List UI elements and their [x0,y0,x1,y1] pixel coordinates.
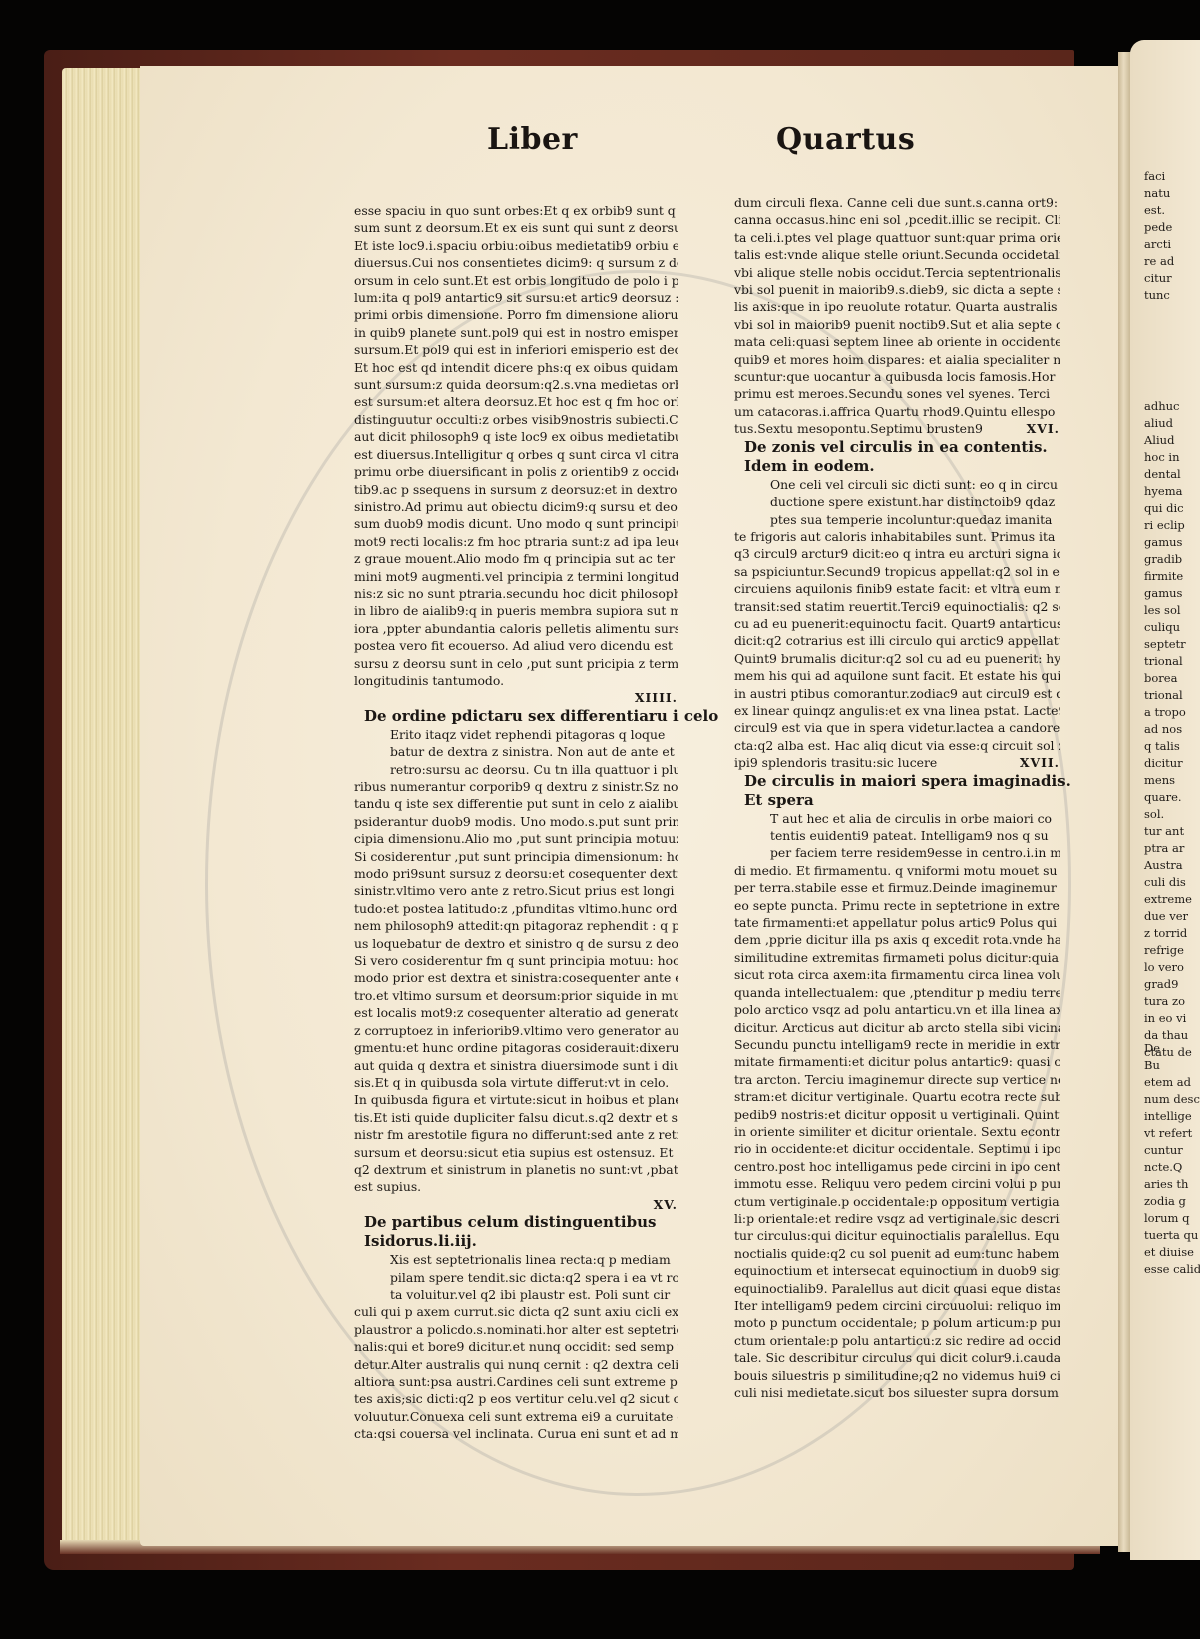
text-line: stram:et dicitur vertiginale. Quartu eco… [734,1088,1060,1105]
right-column: dum circuli flexa. Canne celi due sunt.s… [734,194,1060,1401]
text-fragment: intellige [1144,1108,1200,1125]
text-line: culi nisi medietate.sicut bos siluester … [734,1384,1060,1401]
text-line: nis:z sic no sunt ptraria.secundu hoc di… [354,585,678,602]
text-line: eo septe puncta. Primu recte in septetri… [734,897,1060,914]
text-fragment: mens [1144,772,1192,789]
text-line: similitudine extremitas firmameti polus … [734,949,1060,966]
text-line: tentis euidenti9 pateat. Intelligam9 nos… [770,827,1060,844]
text-line: te frigoris aut caloris inhabitabiles su… [734,528,1060,545]
text-line: pedib9 nostris:et dicitur opposit u vert… [734,1106,1060,1123]
text-fragment: z torrid [1144,925,1192,942]
text-line: sum sunt z deorsum.Et ex eis sunt qui su… [354,219,678,236]
text-line: transit:sed statim reuertit.Terci9 equin… [734,598,1060,615]
text-line: tudo:et postea latitudo:z ,pfunditas vlt… [354,900,678,917]
text-line: quanda intellectualem: que ,ptenditur p … [734,984,1060,1001]
text-fragment: Aliud [1144,432,1192,449]
text-fragment: dental [1144,466,1192,483]
text-line: dicit:q2 cotrarius est illi circulo qui … [734,632,1060,649]
text-line: ex linear quinqz angulis:et ex vna linea… [734,702,1060,719]
text-line: nem philosoph9 attedit:qn pitagoraz reph… [354,917,678,934]
text-line: ctum vertiginale.p occidentale:p opposit… [734,1193,1060,1210]
text-line: retro:sursu ac deorsu. Cu tn illa quattu… [390,761,678,778]
text-line: bouis siluestris p similitudine;q2 no vi… [734,1367,1060,1384]
chapter-subheading: Isidorus.li.iij. [364,1232,678,1251]
text-line: est supius. [354,1178,678,1195]
text-line: Et iste loc9.i.spaciu orbiu:oibus mediet… [354,237,678,254]
facing-page-top-fragments: facinatuest.pedearctire adciturtunc [1144,168,1174,304]
text-fragment: ri eclip [1144,517,1192,534]
text-fragment: citur [1144,270,1174,287]
text-line: plaustror a policdo.s.nominati.hor alter… [354,1321,678,1338]
text-line: rio in occidente:et dicitur occidentale.… [734,1140,1060,1157]
text-line: longitudinis tantumodo. [354,672,678,689]
text-fragment: q talis [1144,738,1192,755]
text-line: noctialis quide:q2 cu sol puenit ad eum:… [734,1245,1060,1262]
text-fragment: lorum q [1144,1210,1200,1227]
text-fragment: est. [1144,202,1174,219]
text-line: talis est:vnde alique stelle oriunt.Secu… [734,246,1060,263]
text-fragment: trional [1144,687,1192,704]
text-line: tra arcton. Terciu imaginemur directe su… [734,1071,1060,1088]
text-fragment: zodia g [1144,1193,1200,1210]
text-line: immotu esse. Reliquu vero pedem circini … [734,1175,1060,1192]
text-line: ta celi.i.ptes vel plage quattuor sunt:q… [734,229,1060,246]
text-fragment: Austra [1144,857,1192,874]
text-line: vbi alique stelle nobis occidut.Tercia s… [734,264,1060,281]
chapter-heading: De ordine pdictaru sex differentiaru i c… [364,707,678,726]
paragraph: esse spaciu in quo sunt orbes:Et q ex or… [354,202,678,689]
text-fragment: arcti [1144,236,1174,253]
text-fragment: Bu [1144,1057,1200,1074]
text-fragment: extreme [1144,891,1192,908]
text-fragment: due ver [1144,908,1192,925]
text-line: sicut rota circa axem:ita firmamentu cir… [734,966,1060,983]
text-line: canna occasus.hinc eni sol ,pcedit.illic… [734,211,1060,228]
text-fragment: tunc [1144,287,1174,304]
text-line: sinistro.Ad primu aut obiectu dicim9:q s… [354,498,678,515]
text-fragment: tura zo [1144,993,1192,1010]
text-line: tale. Sic describitur circulus qui dicit… [734,1349,1060,1366]
text-line: lum:ita q pol9 antartic9 sit sursu:et ar… [354,289,678,306]
chapter-heading: De zonis vel circulis in ea contentis. [744,438,1060,457]
text-fragment: quare. [1144,789,1192,806]
text-line: li:p orientale:et redire vsqz ad vertigi… [734,1210,1060,1227]
text-line: lis axis:que in ipo reuolute rotatur. Qu… [734,298,1060,315]
text-line: mitate firmamenti:et dicitur polus antar… [734,1053,1060,1070]
text-line: culi qui p axem currut.sic dicta q2 sunt… [354,1303,678,1320]
text-line: Quint9 brumalis dicitur:q2 sol cu ad eu … [734,650,1060,667]
text-line: sursu z deorsu sunt in celo ,put sunt pr… [354,655,678,672]
text-line: in oriente similiter et dicitur oriental… [734,1123,1060,1140]
text-fragment: grad9 [1144,976,1192,993]
text-line: tur circulus:qui dicitur equinoctialis p… [734,1227,1060,1244]
text-line: vbi sol puenit in maiorib9.s.dieb9, sic … [734,281,1060,298]
text-fragment: De [1144,1040,1200,1057]
text-line: altiora sunt:psa austri.Cardines celi su… [354,1373,678,1390]
text-line: dicitur. Arcticus aut dicitur ab arcto s… [734,1019,1060,1036]
chapter-subheading: Idem in eodem. [744,457,1060,476]
text-line: primu orbe diuersificant in polis z orie… [354,463,678,480]
text-fragment: vt refert [1144,1125,1200,1142]
text-line: mot9 recti localis:z fm hoc ptraria sunt… [354,533,678,550]
text-line: polo arctico vsqz ad polu antarticu.vn e… [734,1001,1060,1018]
chapter-number: XVII. [1020,754,1060,771]
text-fragment: borea [1144,670,1192,687]
text-line: gmentu:et hunc ordine pitagoras cosidera… [354,1039,678,1056]
text-line: circul9 est via que in spera videtur.lac… [734,719,1060,736]
text-fragment: tur ant [1144,823,1192,840]
paragraph-indented: Erito itaqz videt rephendi pitagoras q l… [354,726,678,778]
text-line: In quibusda figura et virtute:sicut in h… [354,1091,678,1108]
text-line: dem ,pprie dicitur illa ps axis q excedi… [734,931,1060,948]
text-line: modo pri9sunt sursuz z deorsu:et coseque… [354,865,678,882]
text-line: equinoctialib9. Paralellus aut dicit qua… [734,1280,1060,1297]
text-line: us loquebatur de dextro et sinistro q de… [354,935,678,952]
text-fragment: in eo vi [1144,1010,1192,1027]
text-line: sinistr.vltimo vero ante z retro.Sicut p… [354,882,678,899]
text-line: mini mot9 augmenti.vel principia z termi… [354,568,678,585]
paragraph-indented: T aut hec et alia de circulis in orbe ma… [734,810,1060,862]
text-line: tis.Et isti quide dupliciter falsu dicut… [354,1109,678,1126]
facing-page-middle-fragments: adhucaliudAliudhoc indentalhyemaqui dicr… [1144,398,1192,1061]
chapter-heading: De partibus celum distinguentibus [364,1213,678,1232]
text-line: ctum orientale:p polu antarticu:z sic re… [734,1332,1060,1349]
paragraph: di medio. Et firmamentu. q vniformi motu… [734,862,1060,1402]
chapter-number-line: XV. [354,1196,678,1213]
text-line: batur de dextra z sinistra. Non aut de a… [390,743,678,760]
text-fragment: tuerta qu [1144,1227,1200,1244]
text-fragment: ad nos [1144,721,1192,738]
text-line: dum circuli flexa. Canne celi due sunt.s… [734,194,1060,211]
text-line: tate firmamenti:et appellatur polus arti… [734,914,1060,931]
text-line: vbi sol in maiorib9 puenit noctib9.Sut e… [734,316,1060,333]
paragraph: dum circuli flexa. Canne celi due sunt.s… [734,194,1060,438]
text-line: moto p punctum occidentale; p polum arti… [734,1314,1060,1331]
text-fragment: les sol [1144,602,1192,619]
text-line: q2 dextrum et sinistrum in planetis no s… [354,1161,678,1178]
text-fragment: aliud [1144,415,1192,432]
text-line: Secundu punctu intelligam9 recte in meri… [734,1036,1060,1053]
text-line: ta voluitur.vel q2 ibi plaustr est. Poli… [390,1286,678,1303]
running-head-left: Liber [487,122,578,157]
text-fragment: etem ad [1144,1074,1200,1091]
text-line: Erito itaqz videt rephendi pitagoras q l… [390,726,678,743]
text-fragment: gamus [1144,534,1192,551]
text-line: in austri ptibus comorantur.zodiac9 aut … [734,685,1060,702]
paragraph-indented: Xis est septetrionalis linea recta:q p m… [354,1251,678,1303]
text-line: esse spaciu in quo sunt orbes:Et q ex or… [354,202,678,219]
text-fragment: firmite [1144,568,1192,585]
text-line: orsum in celo sunt.Et est orbis longitud… [354,272,678,289]
text-fragment: gradib [1144,551,1192,568]
text-line: cta:qsi couersa vel inclinata. Curua eni… [354,1425,678,1442]
text-fragment: gamus [1144,585,1192,602]
text-fragment: refrige [1144,942,1192,959]
text-fragment: dicitur [1144,755,1192,772]
left-column: esse spaciu in quo sunt orbes:Et q ex or… [354,202,678,1443]
text-fragment: esse calid [1144,1261,1200,1278]
text-line: sursum.Et pol9 qui est in inferiori emis… [354,341,678,358]
running-head-right: Quartus [776,122,915,157]
text-line: sunt sursum:z quida deorsum:q2.s.vna med… [354,376,678,393]
text-line: aut quida q dextra et sinistra diuersimo… [354,1057,678,1074]
text-fragment: cuntur [1144,1142,1200,1159]
text-line: q3 circul9 arctur9 dicit:eo q intra eu a… [734,545,1060,562]
text-line: distinguutur occulti:z orbes visib9nostr… [354,411,678,428]
text-fragment: et diuise [1144,1244,1200,1261]
text-fragment: ptra ar [1144,840,1192,857]
text-line: di medio. Et firmamentu. q vniformi motu… [734,862,1060,879]
paragraph: ribus numerantur corporib9 q dextru z si… [354,778,678,1196]
chapter-subheading: Et spera [744,791,1060,810]
text-fragment: natu [1144,185,1174,202]
text-fragment: hyema [1144,483,1192,500]
text-line: cipia dimensionu.Alio mo ,put sunt princ… [354,830,678,847]
text-line: iora ,ppter abundantia caloris pelletis … [354,620,678,637]
text-fragment: adhuc [1144,398,1192,415]
chapter-number-line: XIIII. [354,689,678,706]
text-line: sa pspiciuntur.Secund9 tropicus appellat… [734,563,1060,580]
text-line: cu ad eu puenerit:equinoctu facit. Quart… [734,615,1060,632]
text-line: sum duob9 modis dicunt. Uno modo q sunt … [354,515,678,532]
text-fragment: trional [1144,653,1192,670]
text-line: ductione spere existunt.har distinctoib9… [770,493,1060,510]
text-line: per faciem terre residem9esse in centro.… [770,844,1060,861]
text-line: per terra.stabile esse et firmuz.Deinde … [734,879,1060,896]
chapter-number: XIIII. [635,689,678,706]
text-line: circuiens aquilonis finib9 estate facit:… [734,580,1060,597]
text-line: tandu q iste sex differentie put sunt in… [354,795,678,812]
text-fragment: num desc [1144,1091,1200,1108]
text-line: in quib9 planete sunt.pol9 qui est in no… [354,324,678,341]
text-line: nistr fm arestotile figura no differunt:… [354,1126,678,1143]
text-line: Si cosiderentur ,put sunt principia dime… [354,848,678,865]
text-fragment: aries th [1144,1176,1200,1193]
text-line: T aut hec et alia de circulis in orbe ma… [770,810,1060,827]
text-fragment: ncte.Q [1144,1159,1200,1176]
text-line: cta:q2 alba est. Hac aliq dicut via esse… [734,737,1060,754]
text-fragment: hoc in [1144,449,1192,466]
text-line: sis.Et q in quibusda sola virtute differ… [354,1074,678,1091]
text-line: quib9 et mores hoim dispares: et aialia … [734,351,1060,368]
text-fragment: culi dis [1144,874,1192,891]
text-fragment: sol. [1144,806,1192,823]
text-line: modo prior est dextra et sinistra:cosequ… [354,969,678,986]
text-line: Xis est septetrionalis linea recta:q p m… [390,1251,678,1268]
text-line: One celi vel circuli sic dicti sunt: eo … [770,476,1060,493]
text-fragment: faci [1144,168,1174,185]
paragraph-indented: One celi vel circuli sic dicti sunt: eo … [734,476,1060,528]
chapter-number: XVI. [1027,420,1060,437]
text-line: est localis mot9:z cosequenter alteratio… [354,1004,678,1021]
text-line: um catacoras.i.affrica Quartu rhod9.Quin… [734,403,1060,420]
text-line: z graue mouent.Alio modo fm q principia … [354,550,678,567]
text-line: centro.post hoc intelligamus pede circin… [734,1158,1060,1175]
text-line: mata celi:quasi septem linee ab oriente … [734,333,1060,350]
text-fragment: lo vero [1144,959,1192,976]
chapter-heading: De circulis in maiori spera imaginadis. [744,772,1060,791]
text-line: Iter intelligam9 pedem circini circuuolu… [734,1297,1060,1314]
text-line: Et hoc est qd intendit dicere phs:q ex o… [354,359,678,376]
text-line: Si vero cosiderentur fm q sunt principia… [354,952,678,969]
text-fragment: culiqu [1144,619,1192,636]
text-line: psiderantur duob9 modis. Uno modo.s.put … [354,813,678,830]
text-line: tib9.ac p ssequens in sursum z deorsuz:e… [354,481,678,498]
text-line: est diuersus.Intelligitur q orbes q sunt… [354,446,678,463]
paragraph: te frigoris aut caloris inhabitabiles su… [734,528,1060,772]
text-line: sursum et deorsu:sicut etia supius est o… [354,1144,678,1161]
text-line: pilam spere tendit.sic dicta:q2 spera i … [390,1269,678,1286]
facing-page-lower-fragments: DeBuetem adnum descintelligevt refertcun… [1144,1040,1200,1278]
text-line: scuntur:que uocantur a quibusda locis fa… [734,368,1060,385]
text-line: tro.et vltimo sursum et deorsum:prior si… [354,987,678,1004]
text-line: detur.Alter australis qui nunq cernit : … [354,1356,678,1373]
text-fragment: pede [1144,219,1174,236]
text-line: nalis:qui et bore9 dicitur.et nunq occid… [354,1338,678,1355]
facing-page: facinatuest.pedearctire adciturtunc adhu… [1130,40,1200,1560]
text-line: mem his qui ad aquilone sunt facit. Et e… [734,667,1060,684]
text-line: in libro de aialib9:q in pueris membra s… [354,602,678,619]
text-line: est sursum:et altera deorsuz.Et hoc est … [354,393,678,410]
text-line: aut dicit philosoph9 q iste loc9 ex oibu… [354,428,678,445]
text-fragment: septetr [1144,636,1192,653]
text-fragment: qui dic [1144,500,1192,517]
text-fragment: re ad [1144,253,1174,270]
text-line: postea vero fit ecouerso. Ad aliud vero … [354,637,678,654]
text-fragment: a tropo [1144,704,1192,721]
paragraph: culi qui p axem currut.sic dicta q2 sunt… [354,1303,678,1442]
text-line: equinoctium et intersecat equinoctium in… [734,1262,1060,1279]
text-line: voluutur.Conuexa celi sunt extrema ei9 a… [354,1408,678,1425]
text-line: ribus numerantur corporib9 q dextru z si… [354,778,678,795]
text-line: primu est meroes.Secundu sones vel syene… [734,385,1060,402]
text-line: z corruptoez in inferiorib9.vltimo vero … [354,1022,678,1039]
text-line: ptes sua temperie incoluntur:quedaz iman… [770,511,1060,528]
chapter-number: XV. [654,1196,678,1213]
text-line: diuersus.Cui nos consentietes dicim9: q … [354,254,678,271]
text-line: primi orbis dimensione. Porro fm dimensi… [354,306,678,323]
text-line: tes axis;sic dicti:q2 p eos vertitur cel… [354,1390,678,1407]
